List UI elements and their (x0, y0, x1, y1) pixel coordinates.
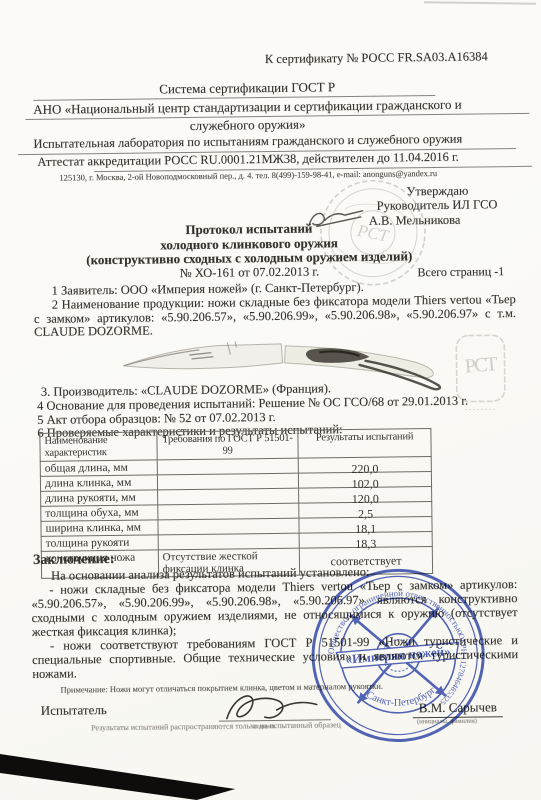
approver-title: Руководитель ИЛ ГСО (377, 197, 498, 213)
disclaimer-line: Результаты испытаний распространяются то… (91, 720, 341, 732)
row-req (157, 458, 299, 475)
row-name: длина рукояти, мм (41, 490, 158, 506)
pages-note: Всего страниц -1 (417, 264, 504, 280)
certificate-reference: К сертификату № РОСС FR.SA03.A16384 (265, 49, 488, 67)
conclusion-point2: - ножи соответствуют требованиям ГОСТ Р … (32, 633, 518, 681)
row-req (157, 503, 299, 520)
pct-square-label: РСТ (464, 353, 498, 378)
page-content: К сертификату № РОСС FR.SA03.A16384 Сист… (0, 0, 541, 800)
row-name: толщина обуха, мм (41, 505, 158, 521)
conclusion-point1: - ножи складные без фиксатора модели Thi… (31, 577, 518, 639)
col-header-req: Требования по ГОСТ Р 51501-99 (157, 430, 299, 460)
row-result: 220,0 (298, 457, 431, 474)
row-result-value: 220,0 (351, 463, 378, 475)
col-header-result: Результаты испытаний (298, 429, 431, 459)
row-req (158, 533, 300, 550)
row-req (158, 518, 300, 535)
row-req (157, 488, 299, 505)
row-name: общая длина, мм (40, 460, 157, 476)
tester-name: В.М. Сарычев (413, 699, 503, 718)
tester-label: Испытатель (41, 702, 107, 719)
scanned-document-page: К сертификату № РОСС FR.SA03.A16384 Сист… (0, 0, 541, 800)
row-name: толщина рукояти (41, 535, 158, 551)
row-result-value: 18,3 (355, 538, 376, 550)
row-result-value: 102,0 (352, 478, 379, 490)
address-line: 125130, г. Москва, 2-ой Новоподмосковный… (0, 167, 498, 183)
row-req (157, 473, 299, 490)
row-result-value: 18,1 (355, 523, 376, 535)
conclusion-heading: Заключение: (33, 552, 115, 569)
col-header-name: Наименование характеристик (40, 432, 157, 461)
row-name: длина клинка, мм (40, 475, 157, 491)
row-name: ширина клинка, мм (41, 520, 158, 536)
row-result-value: 2,5 (358, 508, 373, 520)
row-result-value: 120,0 (352, 493, 379, 505)
tester-name-caption: (инициалы, фамилия) (417, 718, 477, 726)
